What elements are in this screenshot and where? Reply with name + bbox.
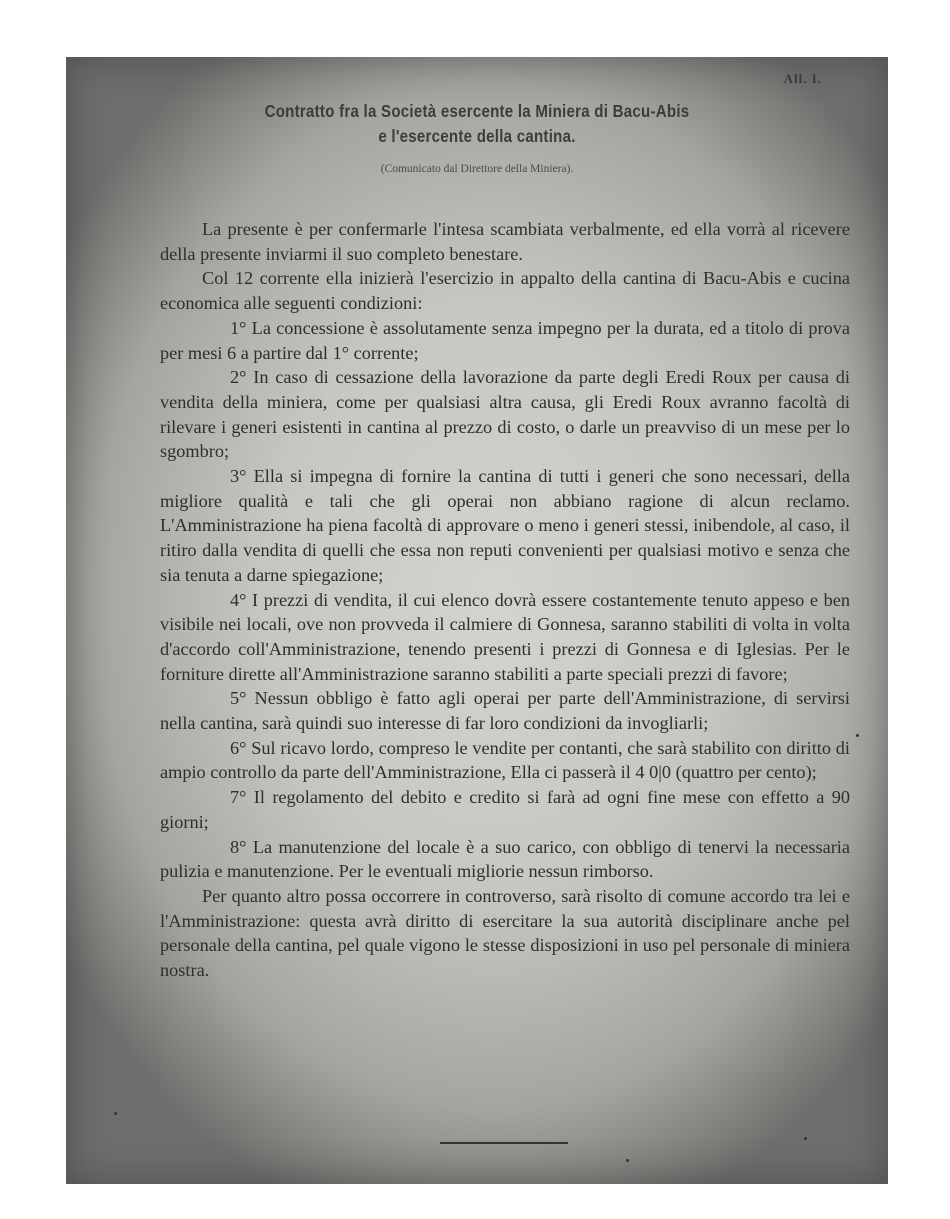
document-subtitle: (Comunicato dal Direttore della Miniera)… (66, 163, 888, 175)
clause-7: 7° Il regolamento del debito e credito s… (160, 785, 850, 834)
paragraph-closing: Per quanto altro possa occorrere in cont… (160, 884, 850, 983)
title-line-1: Contratto fra la Società esercente la Mi… (124, 99, 831, 124)
clause-8: 8° La manutenzione del locale è a suo ca… (160, 835, 850, 884)
document-body: La presente è per confermarle l'intesa s… (160, 217, 850, 983)
ink-speck (856, 734, 859, 737)
clause-3: 3° Ella si impegna di fornire la cantina… (160, 464, 850, 588)
title-line-2: e l'esercente della cantina. (124, 124, 831, 149)
paragraph-intro: La presente è per confermarle l'intesa s… (160, 217, 850, 266)
end-rule-divider (440, 1142, 568, 1144)
clause-6: 6° Sul ricavo lordo, compreso le vendite… (160, 736, 850, 785)
document-title: Contratto fra la Società esercente la Mi… (124, 99, 831, 149)
paragraph-start: Col 12 corrente ella inizierà l'esercizi… (160, 266, 850, 315)
clause-2: 2° In caso di cessazione della lavorazio… (160, 365, 850, 464)
clause-1: 1° La concessione è assolutamente senza … (160, 316, 850, 365)
attachment-label: All. I. (784, 71, 822, 87)
ink-speck (626, 1159, 629, 1162)
ink-speck (114, 1112, 117, 1115)
ink-speck (804, 1137, 807, 1140)
scanned-page: All. I. Contratto fra la Società esercen… (66, 57, 888, 1184)
clause-5: 5° Nessun obbligo è fatto agli operai pe… (160, 686, 850, 735)
clause-4: 4° I prezzi di vendita, il cui elenco do… (160, 588, 850, 687)
